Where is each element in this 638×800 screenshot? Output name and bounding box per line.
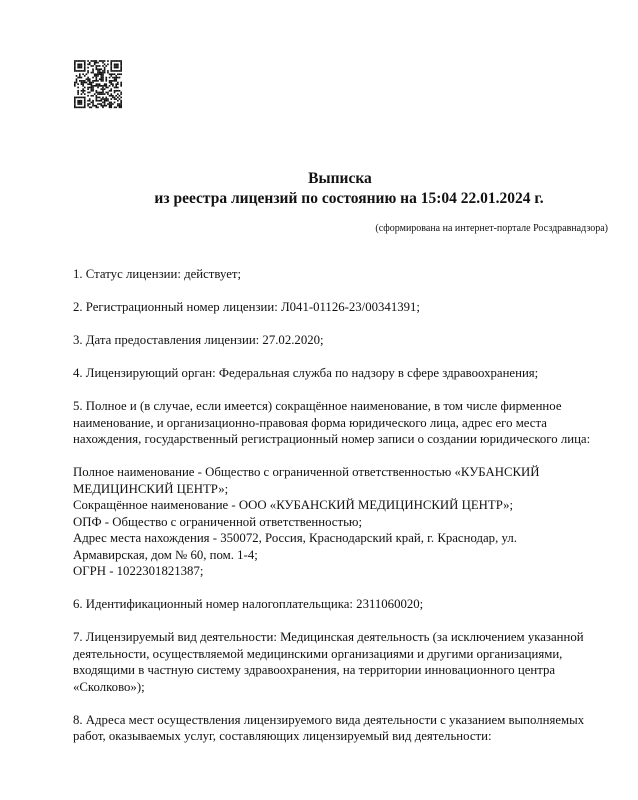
full-name: Полное наименование - Общество с огранич… [73, 464, 593, 497]
inn: 6. Идентификационный номер налогоплатель… [73, 596, 593, 613]
license-date: 3. Дата предоставления лицензии: 27.02.2… [73, 332, 593, 349]
license-status: 1. Статус лицензии: действует; [73, 266, 593, 283]
document-subtitle: из реестра лицензий по состоянию на 15:0… [0, 189, 638, 209]
ogrn: ОГРН - 1022301821387; [73, 563, 593, 580]
document-header: Выписка из реестра лицензий по состоянию… [0, 169, 638, 209]
document-body: 1. Статус лицензии: действует; 2. Регист… [73, 266, 593, 745]
legal-address: Адрес места нахождения - 350072, Россия,… [73, 530, 593, 563]
qr-code-icon [74, 50, 122, 120]
license-reg-number: 2. Регистрационный номер лицензии: Л041-… [73, 299, 593, 316]
legal-form: ОПФ - Общество с ограниченной ответствен… [73, 514, 593, 531]
licensing-authority: 4. Лицензирующий орган: Федеральная служ… [73, 365, 593, 382]
document-title: Выписка [0, 169, 638, 189]
names-intro: 5. Полное и (в случае, если имеется) сок… [73, 398, 593, 448]
short-name: Сокращённое наименование - ООО «КУБАНСКИ… [73, 497, 593, 514]
licensed-activity: 7. Лицензируемый вид деятельности: Медиц… [73, 629, 593, 695]
generation-note: (сформирована на интернет-портале Росздр… [375, 223, 608, 235]
activity-addresses-intro: 8. Адреса мест осуществления лицензируем… [73, 712, 593, 745]
